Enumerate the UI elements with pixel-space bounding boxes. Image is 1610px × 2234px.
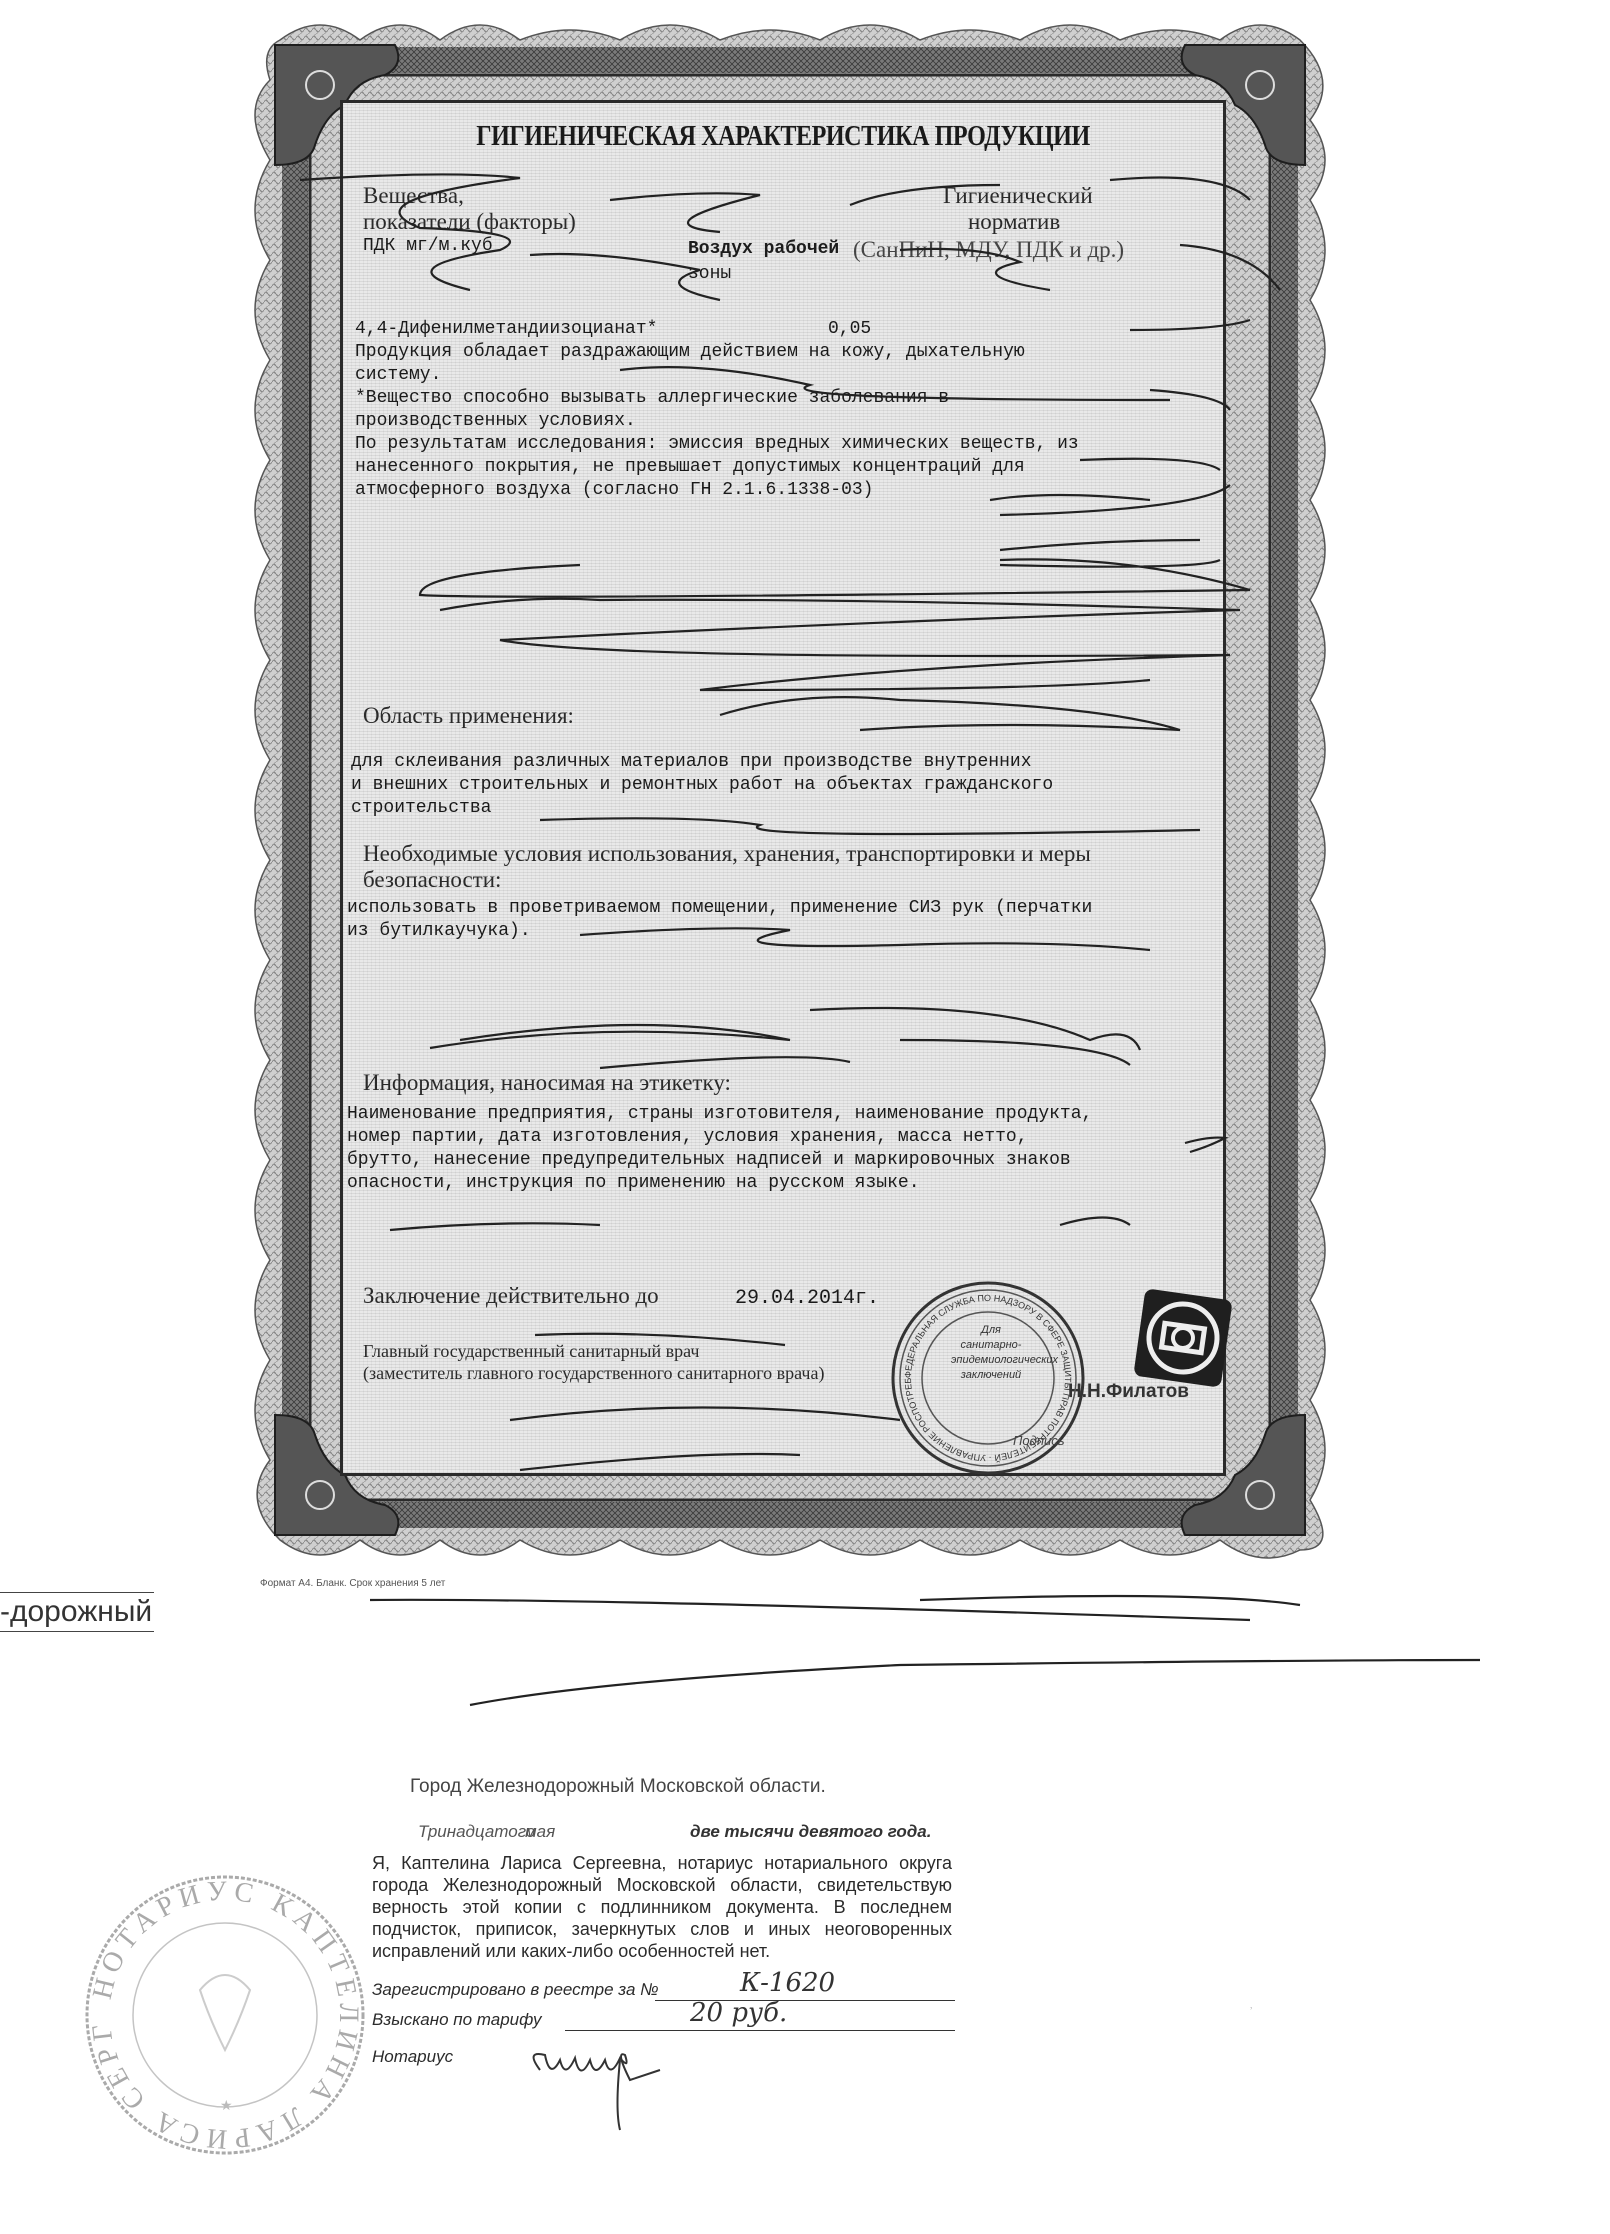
signatory-title-alt: (заместитель главного государственного с… <box>363 1363 824 1384</box>
side-stamp-fragment: -дорожный <box>0 1592 154 1632</box>
conditions-line: использовать в проветриваемом помещении,… <box>347 897 1092 921</box>
fee-label: Взыскано по тарифу <box>372 2010 541 2030</box>
form-footnote: Формат А4. Бланк. Срок хранения 5 лет <box>260 1578 445 1589</box>
certificate-title: ГИГИЕНИЧЕСКАЯ ХАРАКТЕРИСТИКА ПРОДУКЦИИ <box>405 121 1162 153</box>
hologram-seal-icon <box>1133 1288 1233 1388</box>
norm-label: Гигиенический <box>943 183 1093 209</box>
substance-name: 4,4-Дифенилметандиизоцианат* <box>355 318 657 342</box>
registry-number: К-1620 <box>740 1968 835 1998</box>
conditions-label-2: безопасности: <box>363 867 501 893</box>
signatory-title: Главный государственный санитарный врач <box>363 1341 699 1362</box>
stamp-center-text: Для санитарно- эпидемиологических заключ… <box>951 1323 1031 1383</box>
scan-artifact: , <box>1250 2000 1253 2011</box>
norm-types: (СанПиН, МДУ, ПДК и др.) <box>853 237 1124 263</box>
norm-sublabel: норматив <box>968 209 1060 235</box>
note-line: По результатам исследования: эмиссия вре… <box>355 433 1079 457</box>
note-line: атмосферного воздуха (согласно ГН 2.1.6.… <box>355 479 873 503</box>
label-info-line: Наименование предприятия, страны изготов… <box>347 1103 1092 1127</box>
label-info-label: Информация, наносимая на этикетку: <box>363 1070 731 1096</box>
conditions-line: из бутилкаучука). <box>347 920 531 944</box>
air-label: Воздух рабочей <box>688 239 839 259</box>
certificate-body: ГИГИЕНИЧЕСКАЯ ХАРАКТЕРИСТИКА ПРОДУКЦИИ В… <box>340 100 1226 1476</box>
notary-date-year: две тысячи девятого года. <box>690 1822 931 1842</box>
application-line: для склеивания различных материалов при … <box>351 751 1032 775</box>
note-line: *Вещество способно вызывать аллергически… <box>355 387 949 411</box>
notary-label: Нотариус <box>372 2047 453 2067</box>
label-info-line: брутто, нанесение предупредительных надп… <box>347 1149 1071 1173</box>
note-line: производственных условиях. <box>355 410 636 434</box>
fee-value: 20 руб. <box>690 1998 787 2028</box>
stamp-line: Для <box>951 1323 1031 1338</box>
label-info-line: опасности, инструкция по применению на р… <box>347 1172 920 1196</box>
factors-label: показатели (факторы) <box>363 209 576 235</box>
note-line: нанесенного покрытия, не превышает допус… <box>355 456 1025 480</box>
stamp-caption: Подпись <box>1013 1433 1065 1448</box>
validity-label: Заключение действительно до <box>363 1283 659 1309</box>
substances-label: Вещества, <box>363 183 464 209</box>
notary-seal: НОТАРИУС КАПТЕЛИНА ЛАРИСА СЕРГЕЕВНА ★ <box>80 1870 370 2160</box>
air-zone-label: зоны <box>688 263 731 287</box>
stamp-line: санитарно- <box>951 1338 1031 1353</box>
application-line: и внешних строительных и ремонтных работ… <box>351 774 1053 798</box>
application-line: строительства <box>351 797 491 821</box>
stamp-line: заключений <box>951 1368 1031 1383</box>
note-line: систему. <box>355 364 441 388</box>
substance-value: 0,05 <box>828 318 871 342</box>
note-line: Продукция обладает раздражающим действие… <box>355 341 1025 365</box>
notary-signature <box>520 2030 690 2140</box>
notary-city: Город Железнодорожный Московской области… <box>410 1776 826 1798</box>
application-label: Область применения: <box>363 703 574 729</box>
validity-date: 29.04.2014г. <box>735 1287 879 1311</box>
conditions-label: Необходимые условия использования, хране… <box>363 841 1091 867</box>
notary-date-month: мая <box>525 1822 555 1842</box>
pdk-unit: ПДК мг/м.куб <box>363 235 493 259</box>
svg-text:★: ★ <box>220 2099 233 2114</box>
registry-label: Зарегистрировано в реестре за № <box>372 1980 659 2000</box>
notary-statement: Я, Каптелина Лариса Сергеевна, нотариус … <box>372 1852 952 1962</box>
certificate-frame: ГИГИЕНИЧЕСКАЯ ХАРАКТЕРИСТИКА ПРОДУКЦИИ В… <box>240 10 1340 1570</box>
notary-date-day: Тринадцатого <box>418 1822 535 1842</box>
stamp-line: эпидемиологических <box>951 1353 1031 1368</box>
label-info-line: номер партии, дата изготовления, условия… <box>347 1126 1028 1150</box>
